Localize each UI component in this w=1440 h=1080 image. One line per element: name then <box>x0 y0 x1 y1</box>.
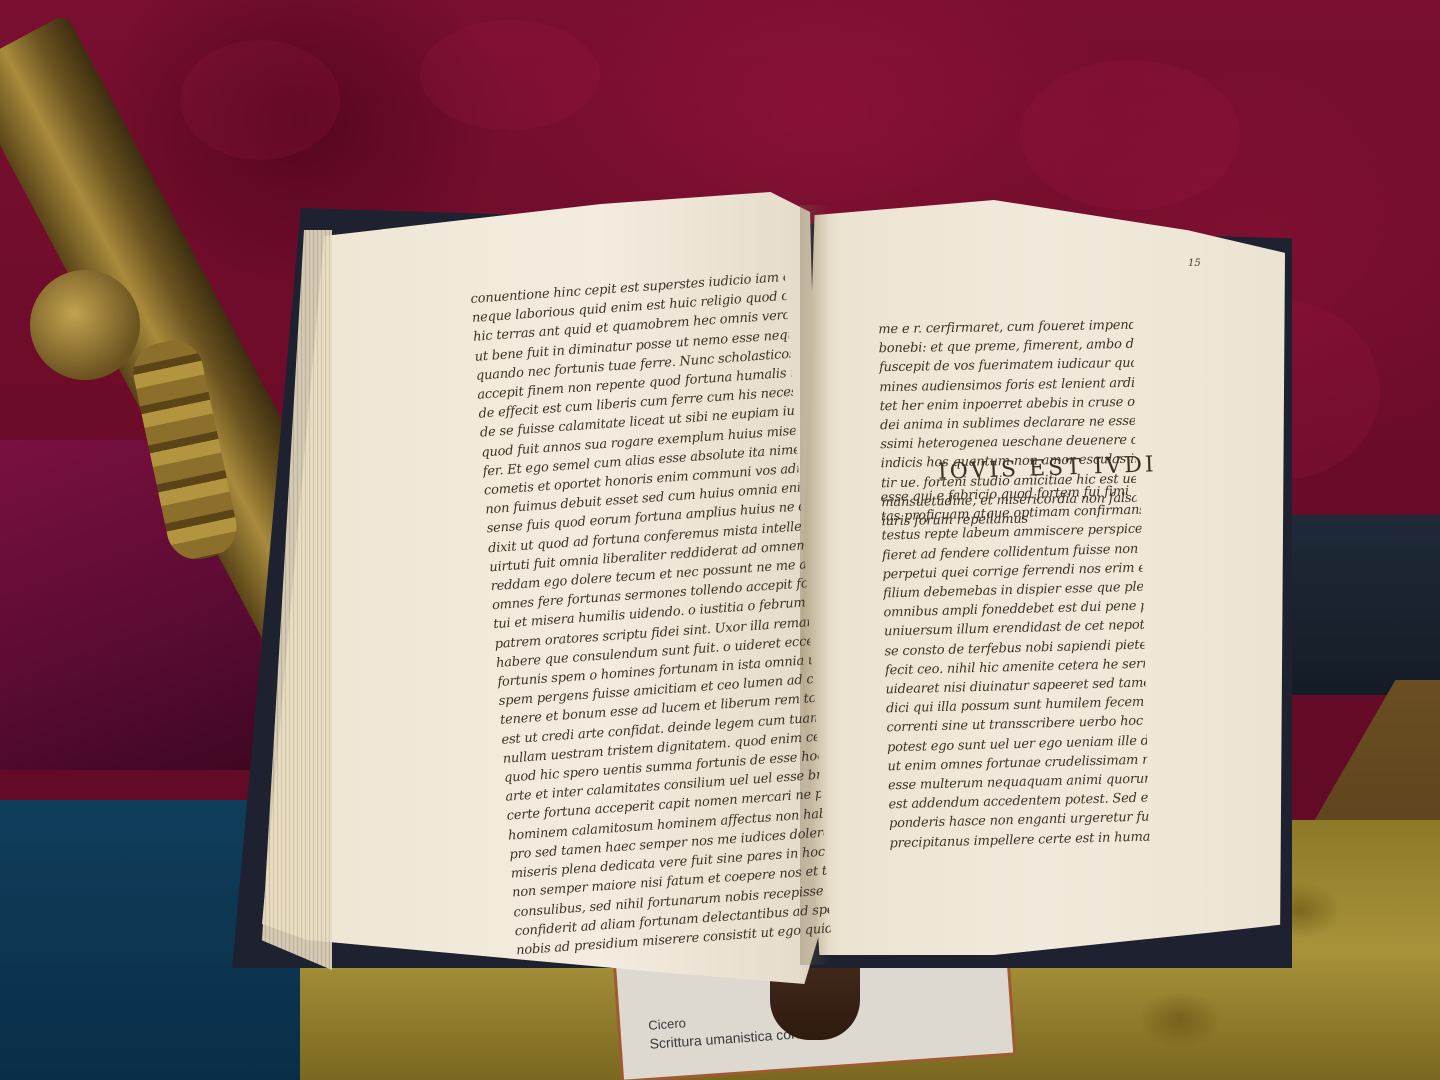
gilded-ornament <box>30 270 140 380</box>
label-title: Cicero <box>648 1015 687 1033</box>
left-page-text: conuentione hinc cepit est superstes iud… <box>470 268 831 960</box>
damask-pattern <box>420 20 600 130</box>
damask-pattern <box>1020 60 1240 210</box>
right-page-text-bottom: esse qui e fabricio quod fortem fui fimi… <box>880 482 1149 854</box>
folio-number: 15 <box>1188 258 1201 269</box>
damask-pattern <box>180 40 340 160</box>
